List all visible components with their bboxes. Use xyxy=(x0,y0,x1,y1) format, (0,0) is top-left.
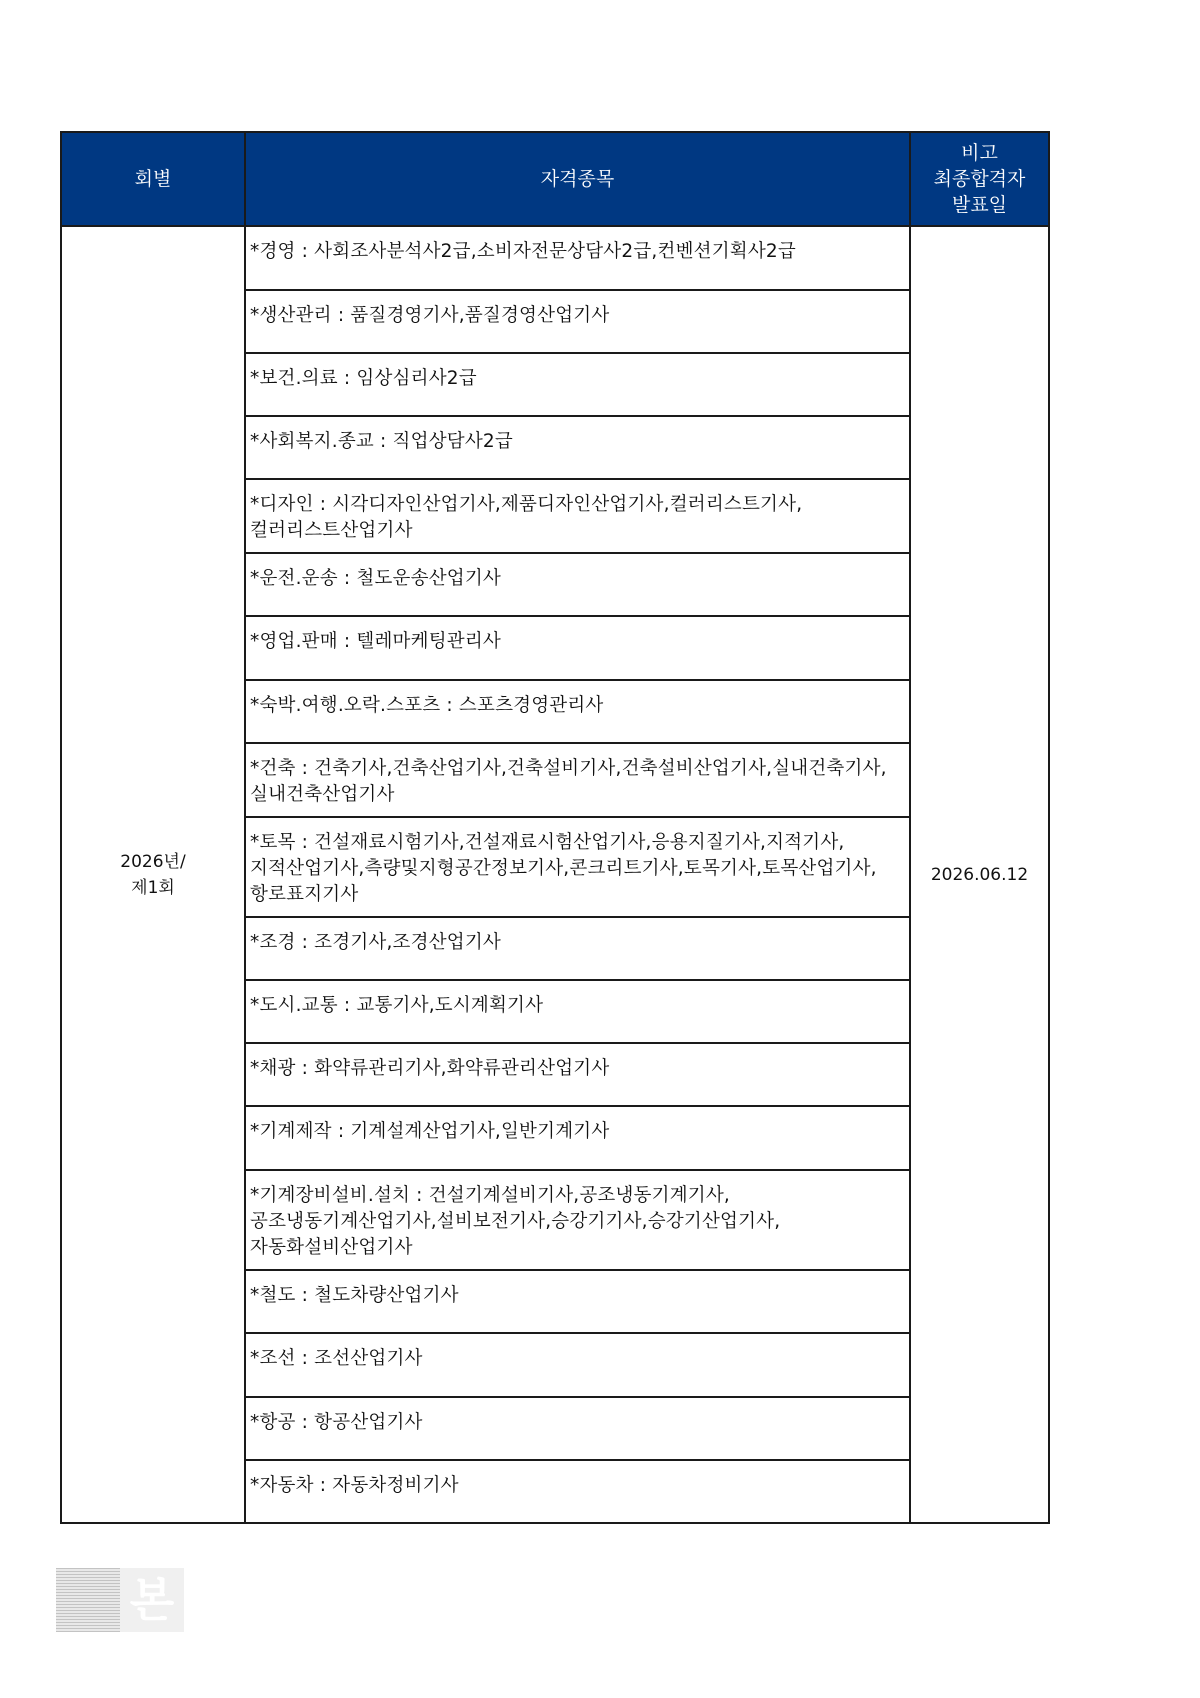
qualification-cell: *영업.판매 : 텔레마케팅관리사 xyxy=(245,616,910,680)
qualification-cell: *조경 : 조경기사,조경산업기사 xyxy=(245,917,910,980)
qualification-cell: *경영 : 사회조사분석사2급,소비자전문상담사2급,컨벤션기획사2급 xyxy=(245,226,910,290)
qualification-cell: *사회복지.종교 : 직업상담사2급 xyxy=(245,416,910,479)
qualification-cell: *생산관리 : 품질경영기사,품질경영산업기사 xyxy=(245,290,910,353)
qualification-cell: *운전.운송 : 철도운송산업기사 xyxy=(245,553,910,616)
header-note: 비고 최종합격자 발표일 xyxy=(910,132,1049,226)
qualification-cell: *자동차 : 자동차정비기사 xyxy=(245,1460,910,1523)
qualification-cell: *기계장비설비.설치 : 건설기계설비기사,공조냉동기계기사,공조냉동기계산업기… xyxy=(245,1170,910,1270)
qualification-cell: *토목 : 건설재료시험기사,건설재료시험산업기사,응용지질기사,지적기사,지적… xyxy=(245,817,910,917)
exam-schedule-table: 회별 자격종목 비고 최종합격자 발표일 2026년/제1회*경영 : 사회조사… xyxy=(60,131,1050,1524)
header-round: 회별 xyxy=(61,132,245,226)
qualification-cell: *보건.의료 : 임상심리사2급 xyxy=(245,353,910,416)
header-note-line: 최종합격자 xyxy=(911,166,1048,192)
header-note-line: 비고 xyxy=(911,140,1048,166)
round-line: 2026년/ xyxy=(62,849,244,875)
watermark: 본 xyxy=(56,1568,184,1632)
round-cell: 2026년/제1회 xyxy=(61,226,245,1523)
qualification-cell: *기계제작 : 기계설계산업기사,일반기계기사 xyxy=(245,1106,910,1170)
table-header-row: 회별 자격종목 비고 최종합격자 발표일 xyxy=(61,132,1049,226)
header-note-line: 발표일 xyxy=(911,192,1048,218)
qualification-cell: *숙박.여행.오락.스포츠 : 스포츠경영관리사 xyxy=(245,680,910,743)
qualification-cell: *도시.교통 : 교통기사,도시계획기사 xyxy=(245,980,910,1043)
qualification-cell: *건축 : 건축기사,건축산업기사,건축설비기사,건축설비산업기사,실내건축기사… xyxy=(245,743,910,817)
table-row: 2026년/제1회*경영 : 사회조사분석사2급,소비자전문상담사2급,컨벤션기… xyxy=(61,226,1049,290)
qualification-cell: *채광 : 화약류관리기사,화약류관리산업기사 xyxy=(245,1043,910,1106)
qualification-cell: *철도 : 철도차량산업기사 xyxy=(245,1270,910,1333)
header-qualifications: 자격종목 xyxy=(245,132,910,226)
watermark-glyph: 본 xyxy=(120,1568,184,1632)
qualification-cell: *항공 : 항공산업기사 xyxy=(245,1397,910,1460)
watermark-pattern-icon xyxy=(56,1568,120,1632)
qualification-cell: *조선 : 조선산업기사 xyxy=(245,1333,910,1397)
announcement-date-cell: 2026.06.12 xyxy=(910,226,1049,1523)
qualification-cell: *디자인 : 시각디자인산업기사,제품디자인산업기사,컬러리스트기사,컬러리스트… xyxy=(245,479,910,553)
round-line: 제1회 xyxy=(62,875,244,901)
